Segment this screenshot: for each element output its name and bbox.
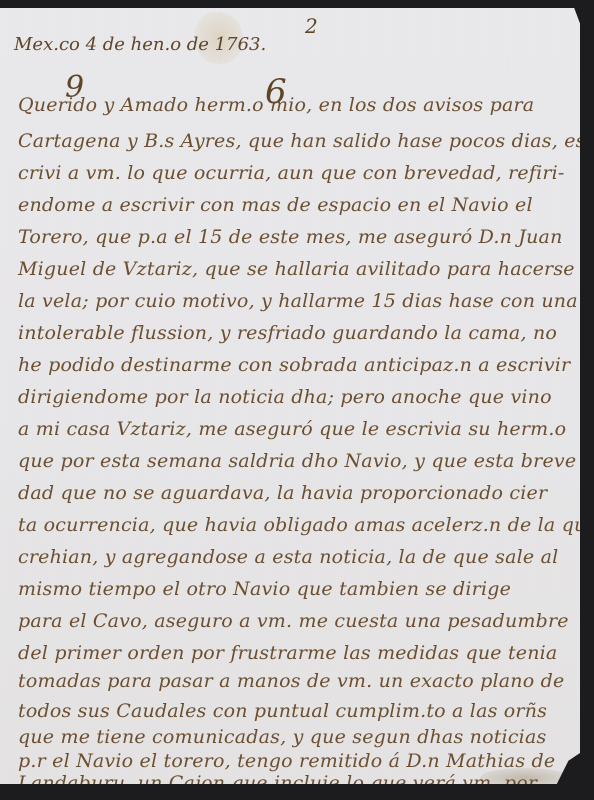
manuscript-page: 2 Mex.co 4 de hen.o de 1763. 9 6 Querido… (0, 8, 580, 784)
text-line: dirigiendome por la noticia dha; pero an… (18, 386, 552, 408)
text-line: Cartagena y B.s Ayres, que han salido ha… (18, 130, 586, 152)
text-line: he podido destinarme con sobrada anticip… (18, 354, 570, 376)
text-line: crehian, y agregandose a esta noticia, l… (18, 546, 558, 568)
text-line: Miguel de Vztariz, que se hallaria avili… (18, 258, 593, 280)
text-line: mismo tiempo el otro Navio que tambien s… (18, 578, 511, 600)
text-line: p.r el Navio el torero, tengo remitido á… (18, 750, 555, 772)
page-number: 2 (305, 14, 318, 38)
text-line: que por esta semana saldria dho Navio, y… (18, 450, 576, 472)
text-line: a mi casa Vztariz, me aseguró que le esc… (18, 418, 566, 440)
text-line: Landaburu, un Cajon que incluie lo que v… (18, 772, 537, 794)
text-line: crivi a vm. lo que ocurria, aun que con … (18, 162, 565, 184)
text-line: Querido y Amado herm.o mio, en los dos a… (18, 94, 534, 116)
text-line: todos sus Caudales con puntual cumplim.t… (18, 700, 547, 722)
text-line: tomadas para pasar a manos de vm. un exa… (18, 670, 564, 692)
text-line: ta ocurrencia, que havia obligado amas a… (18, 514, 594, 536)
text-line: endome a escrivir con mas de espacio en … (18, 194, 533, 216)
text-line: intolerable flussion, y resfriado guarda… (18, 322, 557, 344)
text-line: la vela; por cuio motivo, y hallarme 15 … (18, 290, 578, 312)
text-line: para el Cavo, aseguro a vm. me cuesta un… (18, 610, 569, 632)
letter-date: Mex.co 4 de hen.o de 1763. (14, 34, 266, 55)
text-line: que me tiene comunicadas, y que segun dh… (18, 726, 546, 748)
text-line: dad que no se aguardava, la havia propor… (18, 482, 547, 504)
text-line: Torero, que p.a el 15 de este mes, me as… (18, 226, 563, 248)
text-line: del primer orden por frustrarme las medi… (18, 642, 557, 664)
